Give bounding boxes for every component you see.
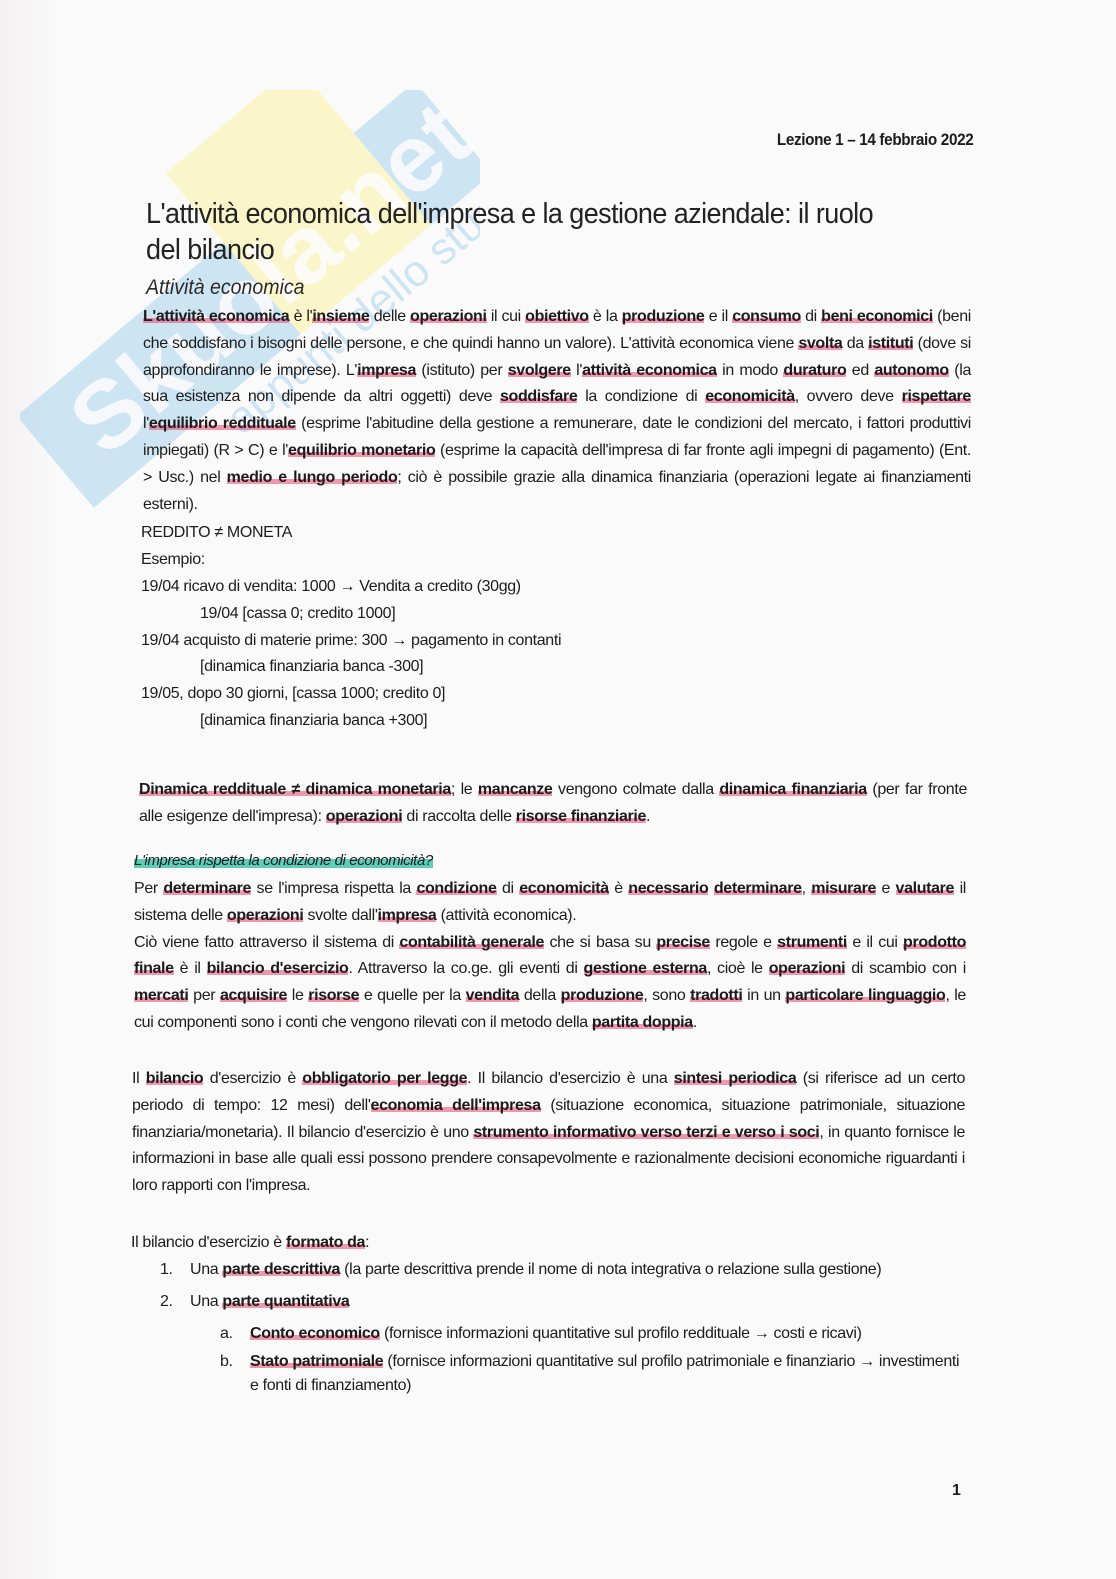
highlighted-term: duraturo [783, 362, 846, 379]
highlighted-term: bilancio d'esercizio [207, 960, 349, 977]
lesson-date: Lezione 1 – 14 febbraio 2022 [776, 130, 973, 150]
list-number: 2. [160, 1290, 173, 1314]
example-line: [dinamica finanziaria banca -300] [200, 658, 423, 676]
example-line: 19/04 ricavo di vendita: 1000 → Vendita … [141, 578, 521, 596]
highlighted-term: determinare [163, 880, 251, 897]
intro-paragraph: L'attività economica è l'insieme delle o… [143, 304, 971, 518]
highlighted-term: L'attività economica [143, 308, 289, 325]
highlighted-term: determinare [714, 880, 802, 897]
highlighted-term: formato da [286, 1234, 365, 1251]
highlighted-term: sintesi periodica [674, 1070, 797, 1087]
bilancio-paragraph: Il bilancio d'esercizio è obbligatorio p… [132, 1066, 965, 1200]
highlighted-term: misurare [811, 880, 876, 897]
example-line: 19/05, dopo 30 giorni, [cassa 1000; cred… [141, 685, 445, 703]
highlighted-term: produzione [622, 308, 705, 325]
highlighted-term: tradotti [690, 987, 742, 1004]
list-item-text: Una parte descrittiva (la parte descritt… [190, 1261, 881, 1278]
example-line: 19/04 acquisto di materie prime: 300 → p… [141, 632, 561, 650]
highlighted-term: impresa [378, 907, 437, 924]
highlighted-term: Dinamica reddituale ≠ dinamica monetaria [139, 781, 451, 798]
highlighted-term: particolare linguaggio [785, 987, 945, 1004]
highlighted-term: consumo [732, 308, 801, 325]
dynamics-paragraph: Dinamica reddituale ≠ dinamica monetaria… [139, 777, 967, 831]
scan-shadow [0, 0, 60, 1579]
highlighted-term: valutare [896, 880, 955, 897]
highlighted-term: strumenti [777, 934, 847, 951]
highlighted-term: operazioni [227, 907, 304, 924]
highlighted-term: impresa [357, 362, 416, 379]
highlighted-term: bilancio [146, 1070, 204, 1087]
highlighted-term: equilibrio reddituale [149, 415, 296, 432]
sub-list-letter: a. [220, 1322, 233, 1346]
highlighted-term: economia dell'impresa [371, 1097, 541, 1114]
highlighted-term: svolta [798, 335, 842, 352]
highlighted-term: gestione esterna [584, 960, 707, 977]
highlighted-term: Stato patrimoniale [250, 1353, 383, 1370]
list-number: 1. [160, 1258, 173, 1282]
page-number: 1 [952, 1482, 961, 1500]
list-item-text: Una parte quantitativa [190, 1293, 349, 1310]
highlighted-term: acquisire [220, 987, 287, 1004]
sub-list-item: a.Conto economico (fornisce informazioni… [220, 1322, 966, 1346]
reddito-moneta-note: REDDITO ≠ MONETA [141, 524, 292, 542]
highlighted-term: beni economici [821, 308, 933, 325]
highlighted-term: operazioni [769, 960, 846, 977]
highlighted-term: Conto economico [250, 1325, 380, 1342]
highlighted-term: partita doppia [592, 1014, 693, 1031]
list-item: 2.Una parte quantitativa [160, 1290, 966, 1314]
highlighted-term: risorse finanziarie [516, 808, 646, 825]
highlighted-term: svolgere [508, 362, 571, 379]
highlighted-term: operazioni [410, 308, 487, 325]
section-heading: Attività economica [146, 276, 304, 300]
highlighted-term: vendita [466, 987, 520, 1004]
highlighted-term: condizione [416, 880, 496, 897]
coge-paragraph: Per determinare se l'impresa rispetta la… [134, 876, 966, 1037]
highlighted-term: necessario [628, 880, 708, 897]
composition-intro: Il bilancio d'esercizio è formato da: [131, 1230, 731, 1257]
sub-list-item-text: Conto economico (fornisce informazioni q… [250, 1325, 862, 1342]
highlighted-term: risorse [308, 987, 359, 1004]
highlighted-term: istituti [868, 335, 913, 352]
highlighted-term: produzione [561, 987, 644, 1004]
highlighted-term: attività economica [582, 362, 717, 379]
page-title: L'attività economica dell'impresa e la g… [146, 196, 909, 268]
example-label: Esempio: [141, 551, 205, 569]
highlighted-term: rispettare [902, 388, 971, 405]
sub-list-item: b.Stato patrimoniale (fornisce informazi… [220, 1350, 966, 1398]
sub-list-item-text: Stato patrimoniale (fornisce informazion… [250, 1353, 959, 1394]
composition-list: 1.Una parte descrittiva (la parte descri… [160, 1258, 966, 1402]
highlighted-term: strumento informativo verso terzi e vers… [473, 1124, 819, 1141]
document-page: Skuola.net appunti dello studente Lezion… [0, 0, 1116, 1579]
highlighted-term: insieme [312, 308, 369, 325]
highlighted-term: equilibrio monetario [288, 442, 435, 459]
highlighted-term: dinamica finanziaria [719, 781, 866, 798]
highlighted-term: operazioni [326, 808, 403, 825]
highlighted-term: mercati [134, 987, 188, 1004]
example-line: [dinamica finanziaria banca +300] [200, 712, 427, 730]
highlighted-term: mancanze [478, 781, 553, 798]
highlighted-term: economicità [705, 388, 795, 405]
highlighted-term: parte descrittiva [222, 1261, 340, 1278]
highlighted-term: soddisfare [500, 388, 577, 405]
example-line: 19/04 [cassa 0; credito 1000] [200, 605, 395, 623]
highlighted-term: obbligatorio per legge [302, 1070, 467, 1087]
highlighted-term: medio e lungo periodo [227, 469, 398, 486]
list-item: 1.Una parte descrittiva (la parte descri… [160, 1258, 966, 1282]
highlighted-term: parte quantitativa [222, 1293, 349, 1310]
question-heading-text: L'impresa rispetta la condizione di econ… [134, 852, 433, 869]
highlighted-term: precise [656, 934, 710, 951]
highlighted-term: economicità [519, 880, 609, 897]
highlighted-term: contabilità generale [399, 934, 544, 951]
sub-list-letter: b. [220, 1350, 233, 1374]
highlighted-term: obiettivo [525, 308, 589, 325]
question-heading: L'impresa rispetta la condizione di econ… [134, 852, 433, 869]
highlighted-term: autonomo [874, 362, 949, 379]
